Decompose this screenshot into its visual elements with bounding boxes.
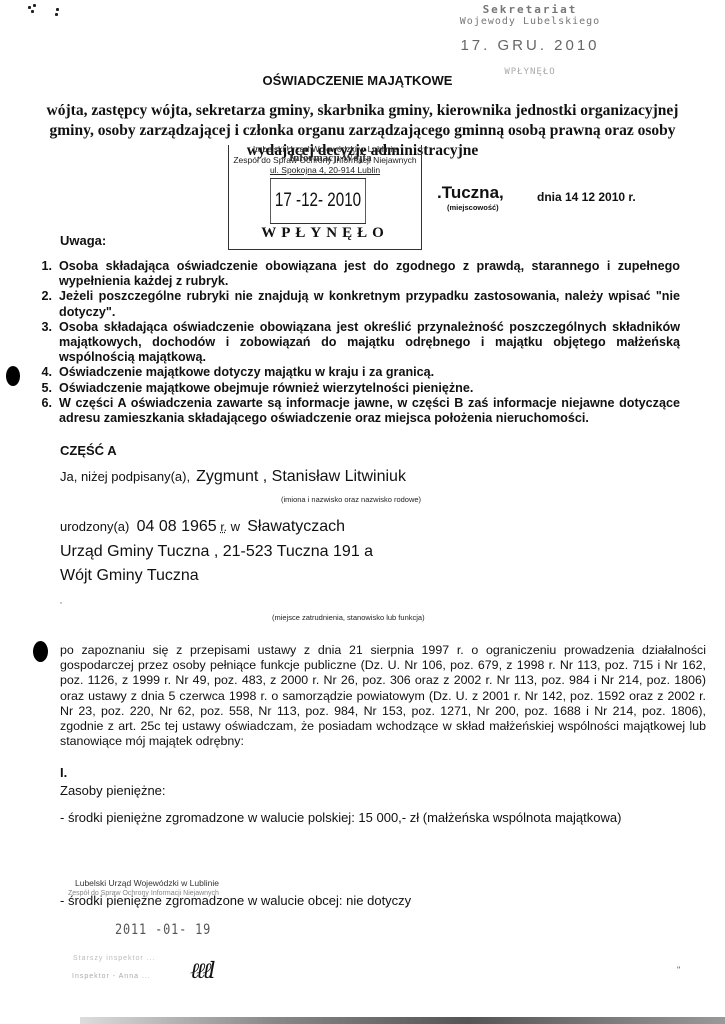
- punch-hole-icon: [6, 366, 20, 386]
- stamp-line: Sekretariat: [440, 4, 620, 16]
- part-a-heading: CZĘŚĆ A: [60, 443, 117, 458]
- born-w: w: [231, 519, 240, 534]
- notes-heading: Uwaga:: [60, 233, 106, 248]
- position: Wójt Gminy Tuczna: [60, 567, 199, 585]
- note-number: 4.: [30, 365, 59, 380]
- born-label: urodzony(a): [60, 519, 129, 534]
- birth-date: 04 08 1965: [137, 518, 217, 535]
- note-number: 2.: [30, 289, 59, 319]
- note-number: 6.: [30, 396, 59, 426]
- note-item: 4.Oświadczenie majątkowe dotyczy majątku…: [30, 365, 680, 380]
- signature: ℓℓℓl: [190, 958, 213, 984]
- date-field: dnia 14 12 2010 r.: [537, 190, 636, 204]
- comma-mark: ,: [60, 598, 62, 605]
- secretariat-stamp: Sekretariat Wojewody Lubelskiego 17. GRU…: [440, 4, 620, 78]
- note-item: 5.Oświadczenie majątkowe obejmuje równie…: [30, 381, 680, 396]
- note-text: Osoba składająca oświadczenie obowiązana…: [59, 320, 680, 366]
- note-text: Oświadczenie majątkowe dotyczy majątku w…: [59, 365, 680, 380]
- stamp-received-label: WPŁYNĘŁO: [229, 225, 421, 242]
- scan-artifact: [28, 4, 62, 10]
- place-field: .Tuczna,: [437, 183, 504, 203]
- stamp-date: 17 -12- 2010: [270, 178, 366, 224]
- bottom-stamp-faint: Inspektor - Anna ...: [72, 973, 151, 980]
- born-r: r.: [220, 520, 227, 534]
- note-number: 3.: [30, 320, 59, 366]
- birth-line: urodzony(a) 04 08 1965 r. w Sławatyczach: [60, 518, 345, 536]
- declarant-name: Zygmunt , Stanisław Litwiniuk: [196, 468, 406, 485]
- scan-edge: [80, 1017, 725, 1024]
- note-number: 5.: [30, 381, 59, 396]
- received-stamp: Lubelski Urząd Wojewódzki w Lublinie Zes…: [228, 145, 422, 250]
- note-text: Osoba składająca oświadczenie obowiązana…: [59, 259, 680, 289]
- employment-caption: (miejsce zatrudnienia, stanowisko lub fu…: [272, 613, 425, 622]
- birth-place: Sławatyczach: [247, 518, 345, 535]
- punch-hole-icon: [33, 641, 48, 662]
- employer: Urząd Gminy Tuczna , 21-523 Tuczna 191 a: [60, 543, 373, 561]
- bottom-stamp-faint: Starszy inspektor ...: [73, 955, 155, 962]
- bottom-stamp-date: 2011 -01- 19: [115, 922, 211, 938]
- declarant-line: Ja, niżej podpisany(a),Zygmunt , Stanisł…: [60, 468, 406, 486]
- stamp-line: Wojewody Lubelskiego: [440, 16, 620, 28]
- stamp-overprint: Informacji Wójta: [289, 152, 372, 164]
- name-caption: (imiona i nazwisko oraz nazwisko rodowe): [281, 495, 421, 504]
- note-text: Jeżeli poszczególne rubryki nie znajdują…: [59, 289, 680, 319]
- section-heading: I.: [60, 765, 67, 780]
- cash-heading: Zasoby pieniężne:: [60, 783, 166, 798]
- note-item: 1.Osoba składająca oświadczenie obowiąza…: [30, 259, 680, 289]
- cash-pln: - środki pieniężne zgromadzone w walucie…: [60, 810, 621, 825]
- notes-list: 1.Osoba składająca oświadczenie obowiąza…: [30, 259, 680, 426]
- margin-mark: ": [677, 965, 680, 975]
- stamp-address: ul. Spokojna 4, 20-914 Lublin: [229, 166, 421, 175]
- stamp-date: 17. GRU. 2010: [440, 40, 620, 52]
- note-item: 6.W części A oświadczenia zawarte są inf…: [30, 396, 680, 426]
- note-text: Oświadczenie majątkowe obejmuje również …: [59, 381, 680, 396]
- place-caption: (miejscowość): [447, 203, 499, 212]
- note-text: W części A oświadczenia zawarte są infor…: [59, 396, 680, 426]
- declarant-label: Ja, niżej podpisany(a),: [60, 469, 190, 484]
- document-title: OŚWIADCZENIE MAJĄTKOWE: [0, 73, 725, 88]
- bottom-stamp-office: Lubelski Urząd Wojewódzki w Lublinie: [75, 878, 219, 888]
- declaration-paragraph: po zapoznaniu się z przepisami ustawy z …: [60, 643, 706, 749]
- note-item: 3.Osoba składająca oświadczenie obowiąza…: [30, 320, 680, 366]
- bottom-stamp-department: Zespół do Spraw Ochrony Informacji Nieja…: [68, 890, 219, 897]
- note-item: 2.Jeżeli poszczególne rubryki nie znajdu…: [30, 289, 680, 319]
- note-number: 1.: [30, 259, 59, 289]
